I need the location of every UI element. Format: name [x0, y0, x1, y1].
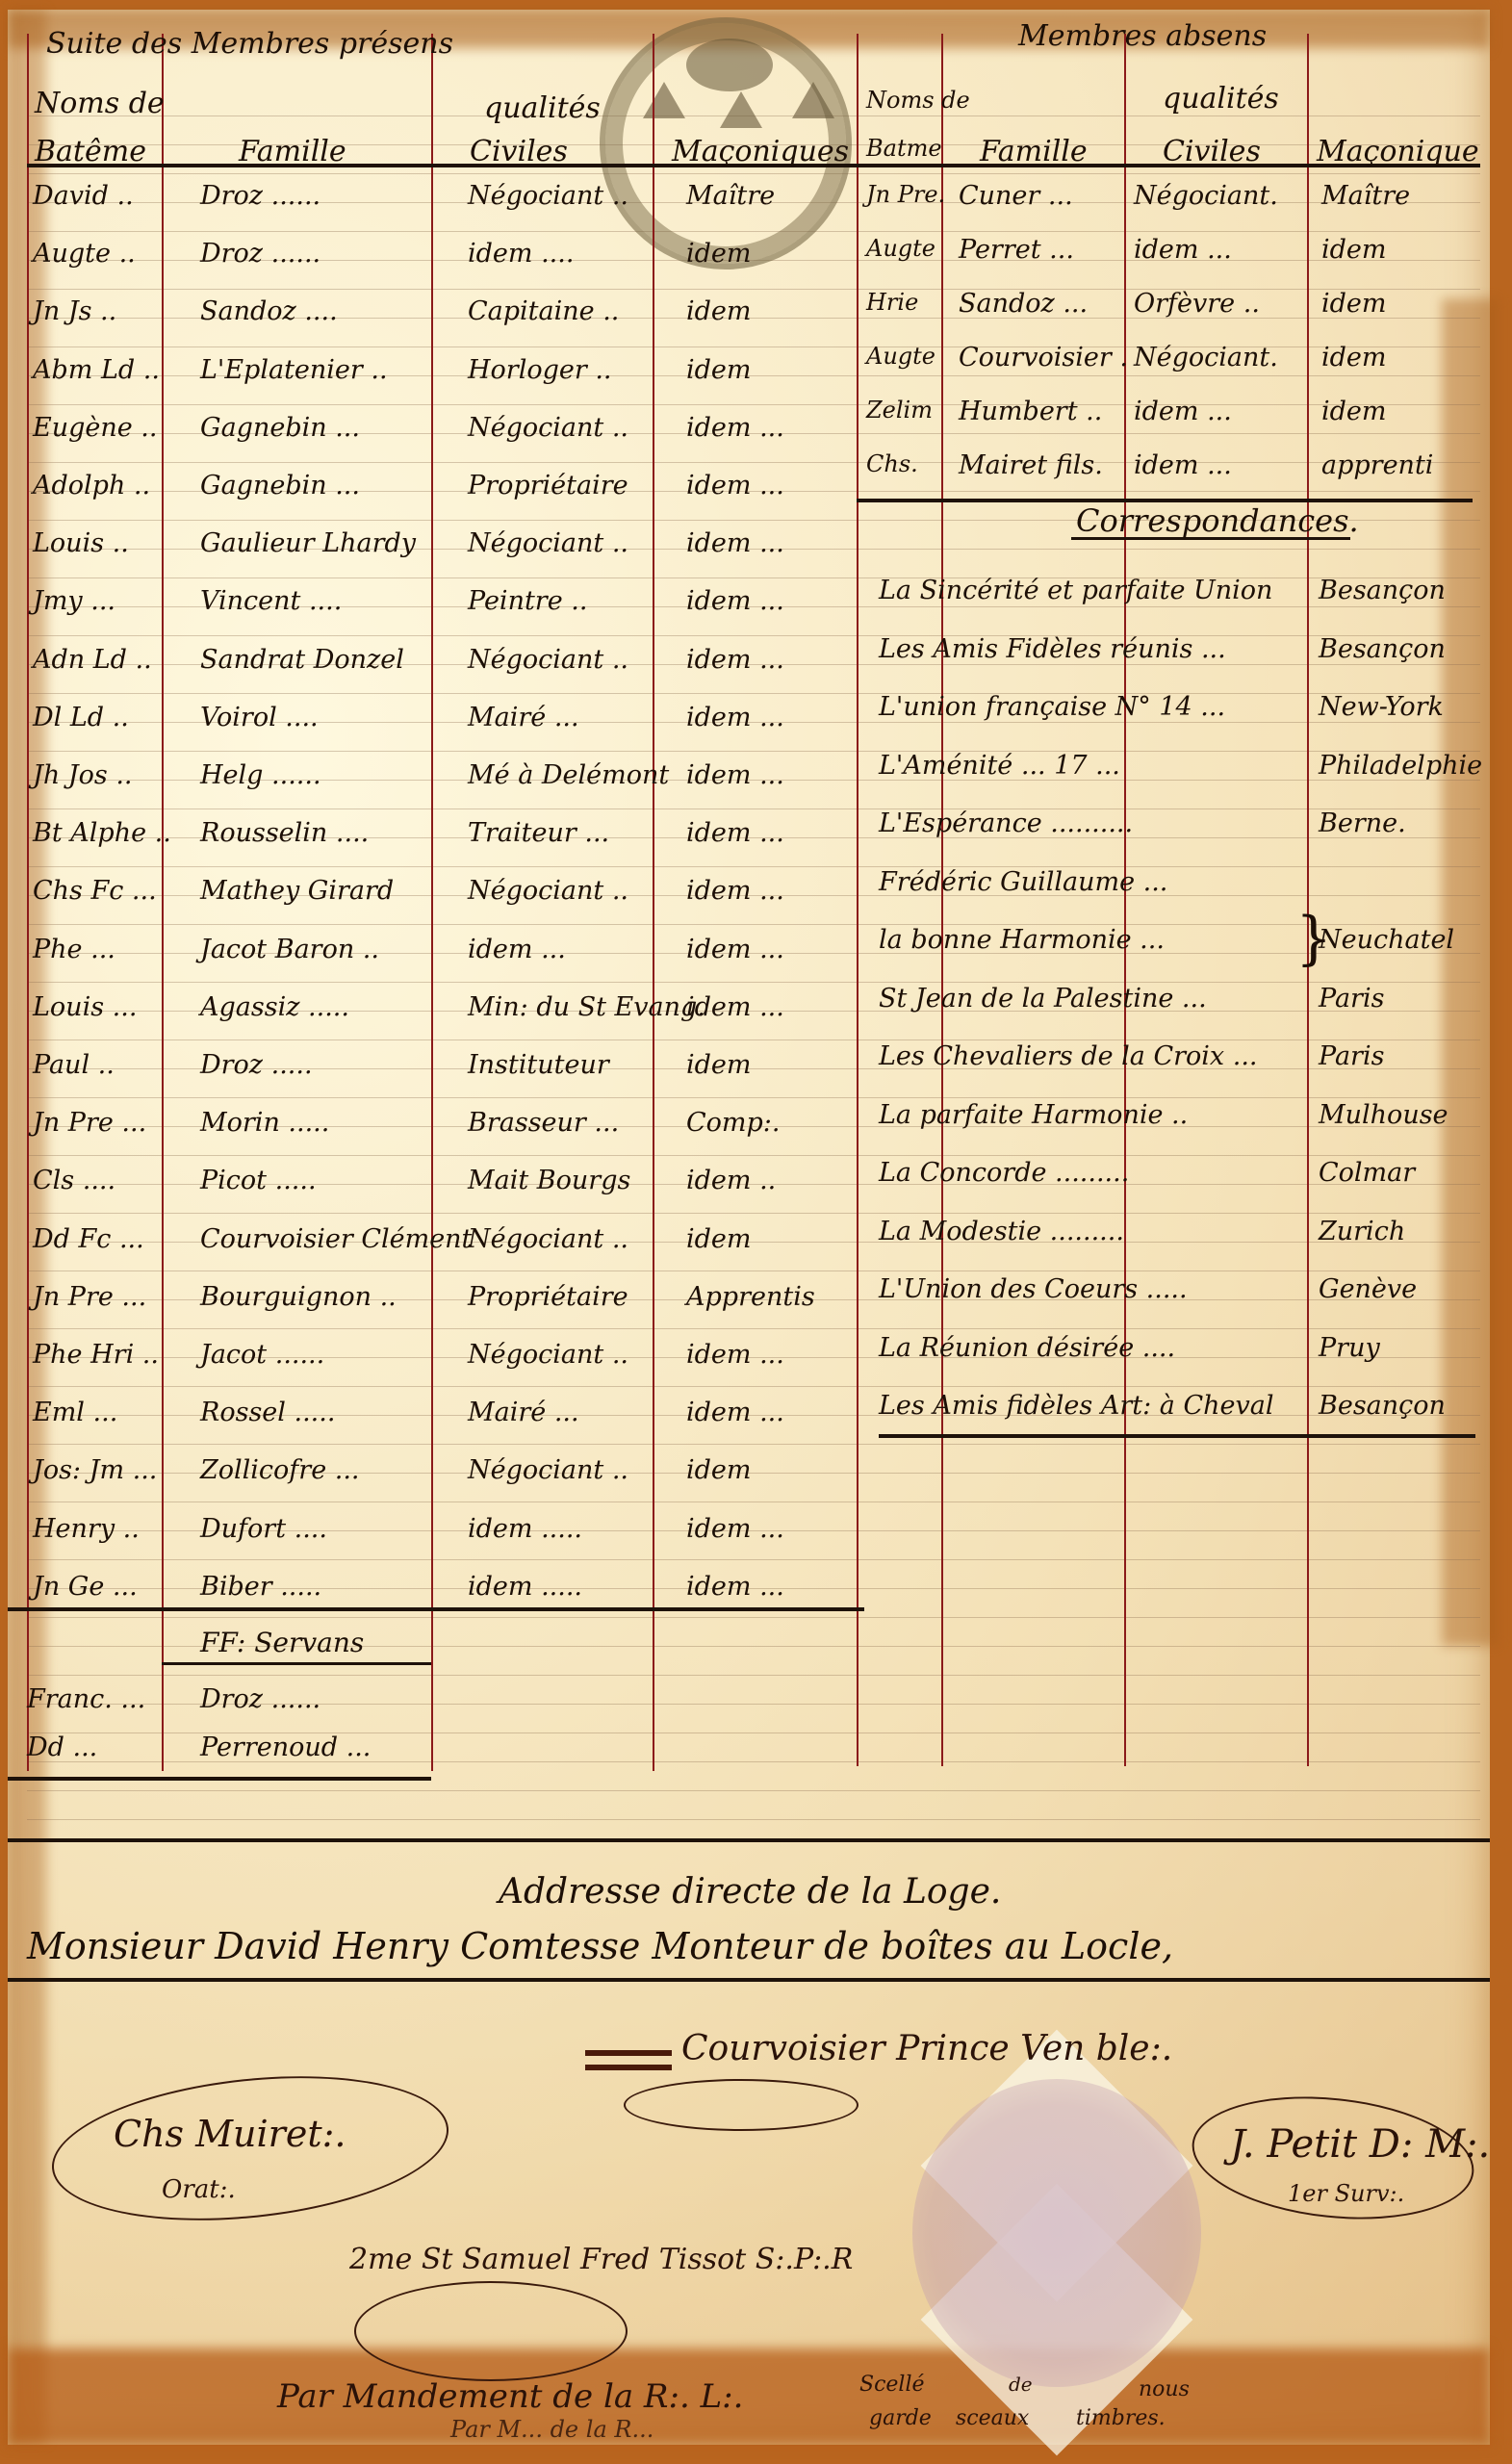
member-qualite-maconique: idem ...: [686, 935, 784, 964]
absent-bapteme: Zelim: [866, 397, 933, 423]
member-qualite-maconique: idem ...: [686, 1572, 784, 1602]
seal-note-5: sceaux: [956, 2406, 1029, 2430]
absent-qualite-maconique: idem: [1321, 235, 1387, 265]
correspondence-city: Besançon: [1319, 1391, 1446, 1421]
member-qualite-civile: Mait Bourgs: [468, 1166, 630, 1195]
correspondence-lodge: St Jean de la Palestine ...: [879, 984, 1207, 1014]
member-bapteme: Phe Hri ..: [33, 1340, 159, 1370]
bottom-edge-stain: [8, 2348, 1490, 2445]
servant-famille: Droz ......: [200, 1684, 320, 1714]
member-qualite-maconique: Apprentis: [686, 1282, 815, 1312]
absent-famille: Mairet fils.: [959, 450, 1103, 480]
member-qualite-civile: idem ...: [468, 935, 566, 964]
absent-bapteme: Hrie: [866, 289, 918, 316]
servant-bapteme: Franc. ...: [27, 1684, 145, 1714]
correspondence-lodge: La Modestie .........: [879, 1217, 1124, 1246]
col-rule-0: [27, 34, 29, 1771]
member-bapteme: Jn Pre ...: [33, 1282, 146, 1312]
member-qualite-civile: Brasseur ...: [468, 1108, 619, 1138]
member-qualite-civile: Mairé ...: [468, 1398, 579, 1427]
member-qualite-maconique: idem ..: [686, 1166, 776, 1195]
signature-orateur: Chs Muiret:.: [114, 2113, 346, 2155]
absent-famille: Perret ...: [959, 235, 1074, 265]
member-famille: Zollicofre ...: [200, 1455, 360, 1485]
correspondence-lodge: Les Amis Fidèles réunis ...: [879, 634, 1226, 664]
col-rule-2: [431, 34, 433, 1771]
correspondences-title: Correspondances.: [1076, 502, 1359, 539]
venerable-flourish: [624, 2079, 859, 2131]
manuscript-page: Suite des Membres présens Membres absens…: [8, 10, 1490, 2445]
correspondence-city: Mulhouse: [1319, 1100, 1448, 1130]
member-qualite-civile: Peintre ..: [468, 586, 587, 616]
member-bapteme: Bt Alphe ..: [33, 818, 171, 848]
member-bapteme: Henry ..: [33, 1514, 140, 1544]
correspondence-city: Genève: [1319, 1274, 1417, 1304]
mandement-line: Par Mandement de la R:. L:.: [277, 2377, 743, 2416]
correspondence-lodge: La Réunion désirée ....: [879, 1333, 1175, 1363]
correspondence-city: Paris: [1319, 1041, 1384, 1071]
member-qualite-civile: Négociant ..: [468, 413, 628, 443]
member-bapteme: Louis ...: [33, 992, 137, 1022]
member-bapteme: Jmy ...: [33, 586, 115, 616]
member-famille: Droz ......: [200, 181, 320, 211]
member-qualite-maconique: idem ...: [686, 1398, 784, 1427]
member-famille: Droz .....: [200, 1050, 313, 1080]
member-famille: Courvoisier Clément: [200, 1224, 472, 1254]
ruling-line: [27, 924, 1480, 925]
signature-surveillant-2: 2me St Samuel Fred Tissot S:.P:.R: [349, 2243, 853, 2276]
flourish-bar-2: [585, 2065, 672, 2070]
ruling-line: [27, 462, 1480, 463]
correspondence-lodge: La Concorde .........: [879, 1158, 1129, 1188]
member-famille: Rousselin ....: [200, 818, 369, 848]
member-qualite-maconique: idem: [686, 239, 752, 269]
servants-title: FF: Servans: [200, 1627, 364, 1658]
ruling-line: [27, 1155, 1480, 1156]
ruling-line: [27, 1097, 1480, 1098]
member-bapteme: Jos: Jm ...: [33, 1455, 157, 1485]
member-qualite-maconique: idem: [686, 1224, 752, 1254]
servant-famille: Perrenoud ...: [200, 1732, 371, 1762]
member-qualite-civile: Négociant ..: [468, 528, 628, 558]
member-famille: Jacot ......: [200, 1340, 324, 1370]
ruling-line: [27, 1819, 1480, 1820]
absent-title: Membres absens: [1018, 19, 1267, 53]
member-bapteme: Jn Js ..: [33, 296, 116, 326]
ruling-line: [27, 751, 1480, 752]
member-qualite-maconique: idem ...: [686, 1340, 784, 1370]
member-qualite-civile: idem .....: [468, 1572, 582, 1602]
ruling-line: [27, 1501, 1480, 1502]
member-qualite-maconique: idem: [686, 1455, 752, 1485]
ruling-line: [27, 404, 1480, 405]
correspondence-lodge: L'Espérance ..........: [879, 808, 1133, 838]
member-bapteme: David ..: [33, 181, 134, 211]
seal-note-1: Scellé: [859, 2373, 925, 2397]
ruling-line: [27, 866, 1480, 867]
member-qualite-civile: Négociant ..: [468, 1340, 628, 1370]
ruling-line: [27, 289, 1480, 290]
member-qualite-civile: Négociant ..: [468, 876, 628, 906]
signature-surveillant-1-title: 1er Surv:.: [1288, 2180, 1404, 2207]
seal-figure-icon: [792, 82, 834, 118]
seal-note-2: de: [1009, 2373, 1033, 2396]
absent-qualite-maconique: Maître: [1321, 181, 1410, 211]
member-bapteme: Abm Ld ..: [33, 355, 160, 385]
col-rule-3: [653, 34, 654, 1771]
ruling-line: [27, 1559, 1480, 1560]
seal-note-6: timbres.: [1076, 2406, 1166, 2430]
seal-radiant-eye-icon: [686, 38, 773, 91]
member-qualite-maconique: idem ...: [686, 586, 784, 616]
absent-famille: Courvoisier .: [959, 343, 1128, 372]
absent-famille: Sandoz ...: [959, 289, 1088, 319]
member-qualite-civile: Propriétaire: [468, 471, 628, 500]
member-qualite-maconique: idem ...: [686, 818, 784, 848]
wax-seal: [912, 2079, 1201, 2387]
brace-icon: }: [1295, 905, 1332, 972]
member-qualite-civile: Mé à Delémont: [468, 760, 669, 790]
member-qualite-maconique: idem ...: [686, 413, 784, 443]
address-line: Monsieur David Henry Comtesse Monteur de…: [27, 1925, 1173, 1967]
member-qualite-maconique: idem: [686, 355, 752, 385]
member-bapteme: Chs Fc ...: [33, 876, 157, 906]
member-qualite-maconique: idem ...: [686, 645, 784, 675]
member-famille: Helg ......: [200, 760, 321, 790]
absent-header-famille: Famille: [980, 135, 1088, 168]
member-famille: Agassiz .....: [200, 992, 349, 1022]
member-bapteme: Dl Ld ..: [33, 703, 129, 732]
header-qualites: qualités: [484, 91, 601, 125]
member-famille: Dufort ....: [200, 1514, 327, 1544]
member-qualite-maconique: idem ...: [686, 760, 784, 790]
member-bapteme: Jn Ge ...: [33, 1572, 138, 1602]
member-qualite-civile: Négociant ..: [468, 1224, 628, 1254]
member-famille: L'Eplatenier ..: [200, 355, 388, 385]
surveillant-2-flourish: [354, 2281, 628, 2381]
correspondence-lodge: L'union française N° 14 ...: [879, 692, 1225, 722]
absent-bapteme: Augte: [866, 343, 935, 370]
header-famille: Famille: [239, 135, 346, 168]
member-bapteme: Adolph ..: [33, 471, 150, 500]
member-qualite-maconique: idem ...: [686, 703, 784, 732]
absent-qualite-civile: Négociant.: [1134, 343, 1278, 372]
member-bapteme: Jn Pre ...: [33, 1108, 146, 1138]
member-bapteme: Eml ...: [33, 1398, 117, 1427]
seal-note-4: garde: [869, 2406, 932, 2430]
member-qualite-civile: Instituteur: [468, 1050, 609, 1080]
ruling-line: [27, 635, 1480, 636]
col-rule-1: [162, 34, 164, 1771]
member-bapteme: Augte ..: [33, 239, 136, 269]
servants-end-rule: [8, 1777, 431, 1781]
member-bapteme: Jh Jos ..: [33, 760, 132, 790]
ruling-line: [27, 1675, 1480, 1676]
absent-header-bapteme: Batme: [866, 135, 942, 162]
member-famille: Vincent ....: [200, 586, 342, 616]
address-title: Addresse directe de la Loge.: [499, 1872, 1001, 1912]
col-rule-4: [857, 34, 859, 1766]
absent-bapteme: Augte: [866, 235, 935, 262]
member-qualite-maconique: idem ...: [686, 992, 784, 1022]
member-famille: Gaulieur Lhardy: [200, 528, 416, 558]
member-famille: Gagnebin ...: [200, 413, 360, 443]
absent-qualite-civile: Orfèvre ..: [1134, 289, 1260, 319]
member-bapteme: Louis ..: [33, 528, 129, 558]
header-civiles: Civiles: [470, 135, 568, 168]
member-qualite-maconique: idem ...: [686, 471, 784, 500]
seal-compass-square-icon: [720, 91, 762, 128]
member-qualite-maconique: idem ...: [686, 1514, 784, 1544]
present-end-rule: [8, 1607, 864, 1611]
col-rule-7: [1307, 34, 1309, 1766]
absent-qualite-civile: idem ...: [1134, 450, 1232, 480]
present-title: Suite des Membres présens: [46, 27, 453, 61]
member-bapteme: Paul ..: [33, 1050, 115, 1080]
absent-bapteme: Chs.: [866, 450, 918, 477]
correspondence-lodge: L'Aménité ... 17 ...: [879, 751, 1120, 781]
correspondence-city: Berne.: [1319, 808, 1406, 838]
ruling-line: [27, 1617, 1480, 1618]
table-end-rule: [8, 1838, 1490, 1842]
absent-bapteme: Jn Pre.: [866, 181, 945, 208]
member-qualite-civile: Capitaine ..: [468, 296, 619, 326]
member-qualite-civile: Mairé ...: [468, 703, 579, 732]
member-qualite-civile: Négociant ..: [468, 1455, 628, 1485]
correspondence-lodge: Les Chevaliers de la Croix ...: [879, 1041, 1258, 1071]
member-qualite-maconique: idem ...: [686, 528, 784, 558]
signature-surveillant-1: J. Petit D: M:.: [1230, 2122, 1490, 2167]
correspondence-city: Paris: [1319, 984, 1384, 1014]
absent-qualite-civile: idem ...: [1134, 397, 1232, 426]
member-qualite-civile: Horloger ..: [468, 355, 612, 385]
correspondences-end-rule: [879, 1434, 1475, 1438]
correspondence-city: New-York: [1319, 692, 1444, 722]
signature-venerable: Courvoisier Prince Ven ble:.: [681, 2029, 1172, 2068]
correspondence-lodge: la bonne Harmonie ...: [879, 925, 1165, 955]
member-famille: Gagnebin ...: [200, 471, 360, 500]
mandement-line-2: Par M... de la R...: [450, 2416, 653, 2443]
col-rule-5: [941, 34, 943, 1766]
header-bapteme: Batême: [35, 135, 146, 168]
member-qualite-civile: idem .....: [468, 1514, 582, 1544]
servant-bapteme: Dd ...: [27, 1732, 97, 1762]
member-famille: Bourguignon ..: [200, 1282, 397, 1312]
correspondence-city: Neuchatel: [1319, 925, 1454, 955]
absent-qualite-civile: Négociant.: [1134, 181, 1278, 211]
servants-underline: [162, 1662, 431, 1665]
absent-header-maconiques: Maçonique: [1317, 135, 1479, 168]
correspondence-lodge: Les Amis fidèles Art: à Cheval: [879, 1391, 1273, 1421]
header-noms-de: Noms de: [35, 87, 165, 120]
correspondence-city: Colmar: [1319, 1158, 1415, 1188]
ruling-line: [27, 982, 1480, 983]
member-famille: Jacot Baron ..: [200, 935, 379, 964]
member-qualite-civile: Propriétaire: [468, 1282, 628, 1312]
correspondence-lodge: L'Union des Coeurs .....: [879, 1274, 1188, 1304]
member-famille: Sandrat Donzel: [200, 645, 404, 675]
absent-qualite-maconique: apprenti: [1321, 450, 1433, 480]
member-bapteme: Adn Ld ..: [33, 645, 152, 675]
ruling-line: [27, 1213, 1480, 1214]
member-famille: Biber .....: [200, 1572, 321, 1602]
signature-orateur-title: Orat:.: [162, 2175, 236, 2204]
absent-famille: Cuner ...: [959, 181, 1073, 211]
absent-header-qualites: qualités: [1163, 82, 1279, 115]
ruling-line: [27, 1386, 1480, 1387]
ruling-line: [27, 1270, 1480, 1271]
member-famille: Rossel .....: [200, 1398, 335, 1427]
absent-qualite-civile: idem ...: [1134, 235, 1232, 265]
member-qualite-civile: idem ....: [468, 239, 574, 269]
member-qualite-civile: Négociant ..: [468, 181, 628, 211]
ruling-line: [27, 1039, 1480, 1040]
member-qualite-maconique: idem: [686, 1050, 752, 1080]
member-qualite-civile: Traiteur ...: [468, 818, 609, 848]
member-famille: Sandoz ....: [200, 296, 338, 326]
correspondence-city: Besançon: [1319, 576, 1446, 605]
member-famille: Morin .....: [200, 1108, 329, 1138]
ruling-line: [27, 1790, 1480, 1791]
absent-qualite-maconique: idem: [1321, 343, 1387, 372]
correspondence-city: Philadelphie: [1319, 751, 1482, 781]
ruling-line: [27, 1444, 1480, 1445]
seal-triangle-icon: [643, 82, 685, 118]
absent-header-noms: Noms de: [866, 87, 970, 114]
member-qualite-civile: Négociant ..: [468, 645, 628, 675]
ruling-line: [27, 693, 1480, 694]
member-bapteme: Dd Fc ...: [33, 1224, 144, 1254]
correspondence-lodge: La Sincérité et parfaite Union: [879, 576, 1272, 605]
absent-qualite-maconique: idem: [1321, 289, 1387, 319]
member-famille: Droz ......: [200, 239, 320, 269]
ruling-line: [27, 808, 1480, 809]
absent-header-civiles: Civiles: [1163, 135, 1261, 168]
col-rule-6: [1124, 34, 1126, 1766]
member-bapteme: Cls ....: [33, 1166, 115, 1195]
flourish-bar-1: [585, 2050, 672, 2056]
correspondence-city: Zurich: [1319, 1217, 1405, 1246]
correspondence-city: Besançon: [1319, 634, 1446, 664]
correspondence-lodge: Frédéric Guillaume ...: [879, 867, 1167, 897]
member-qualite-maconique: idem: [686, 296, 752, 326]
member-qualite-maconique: Maître: [686, 181, 775, 211]
member-qualite-civile: Min: du St Evang.: [468, 992, 705, 1022]
member-famille: Mathey Girard: [200, 876, 394, 906]
member-famille: Voirol ....: [200, 703, 319, 732]
ruling-line: [27, 1328, 1480, 1329]
absent-famille: Humbert ..: [959, 397, 1102, 426]
member-famille: Picot .....: [200, 1166, 317, 1195]
correspondence-city: Pruy: [1319, 1333, 1380, 1363]
header-maconiques: Maçoniques: [672, 135, 849, 168]
member-qualite-maconique: Comp:.: [686, 1108, 780, 1138]
member-bapteme: Phe ...: [33, 935, 115, 964]
member-bapteme: Eugène ..: [33, 413, 157, 443]
absent-qualite-maconique: idem: [1321, 397, 1387, 426]
address-end-rule: [8, 1978, 1490, 1982]
member-qualite-maconique: idem ...: [686, 876, 784, 906]
seal-note-3: nous: [1139, 2377, 1190, 2401]
correspondence-lodge: La parfaite Harmonie ..: [879, 1100, 1188, 1130]
